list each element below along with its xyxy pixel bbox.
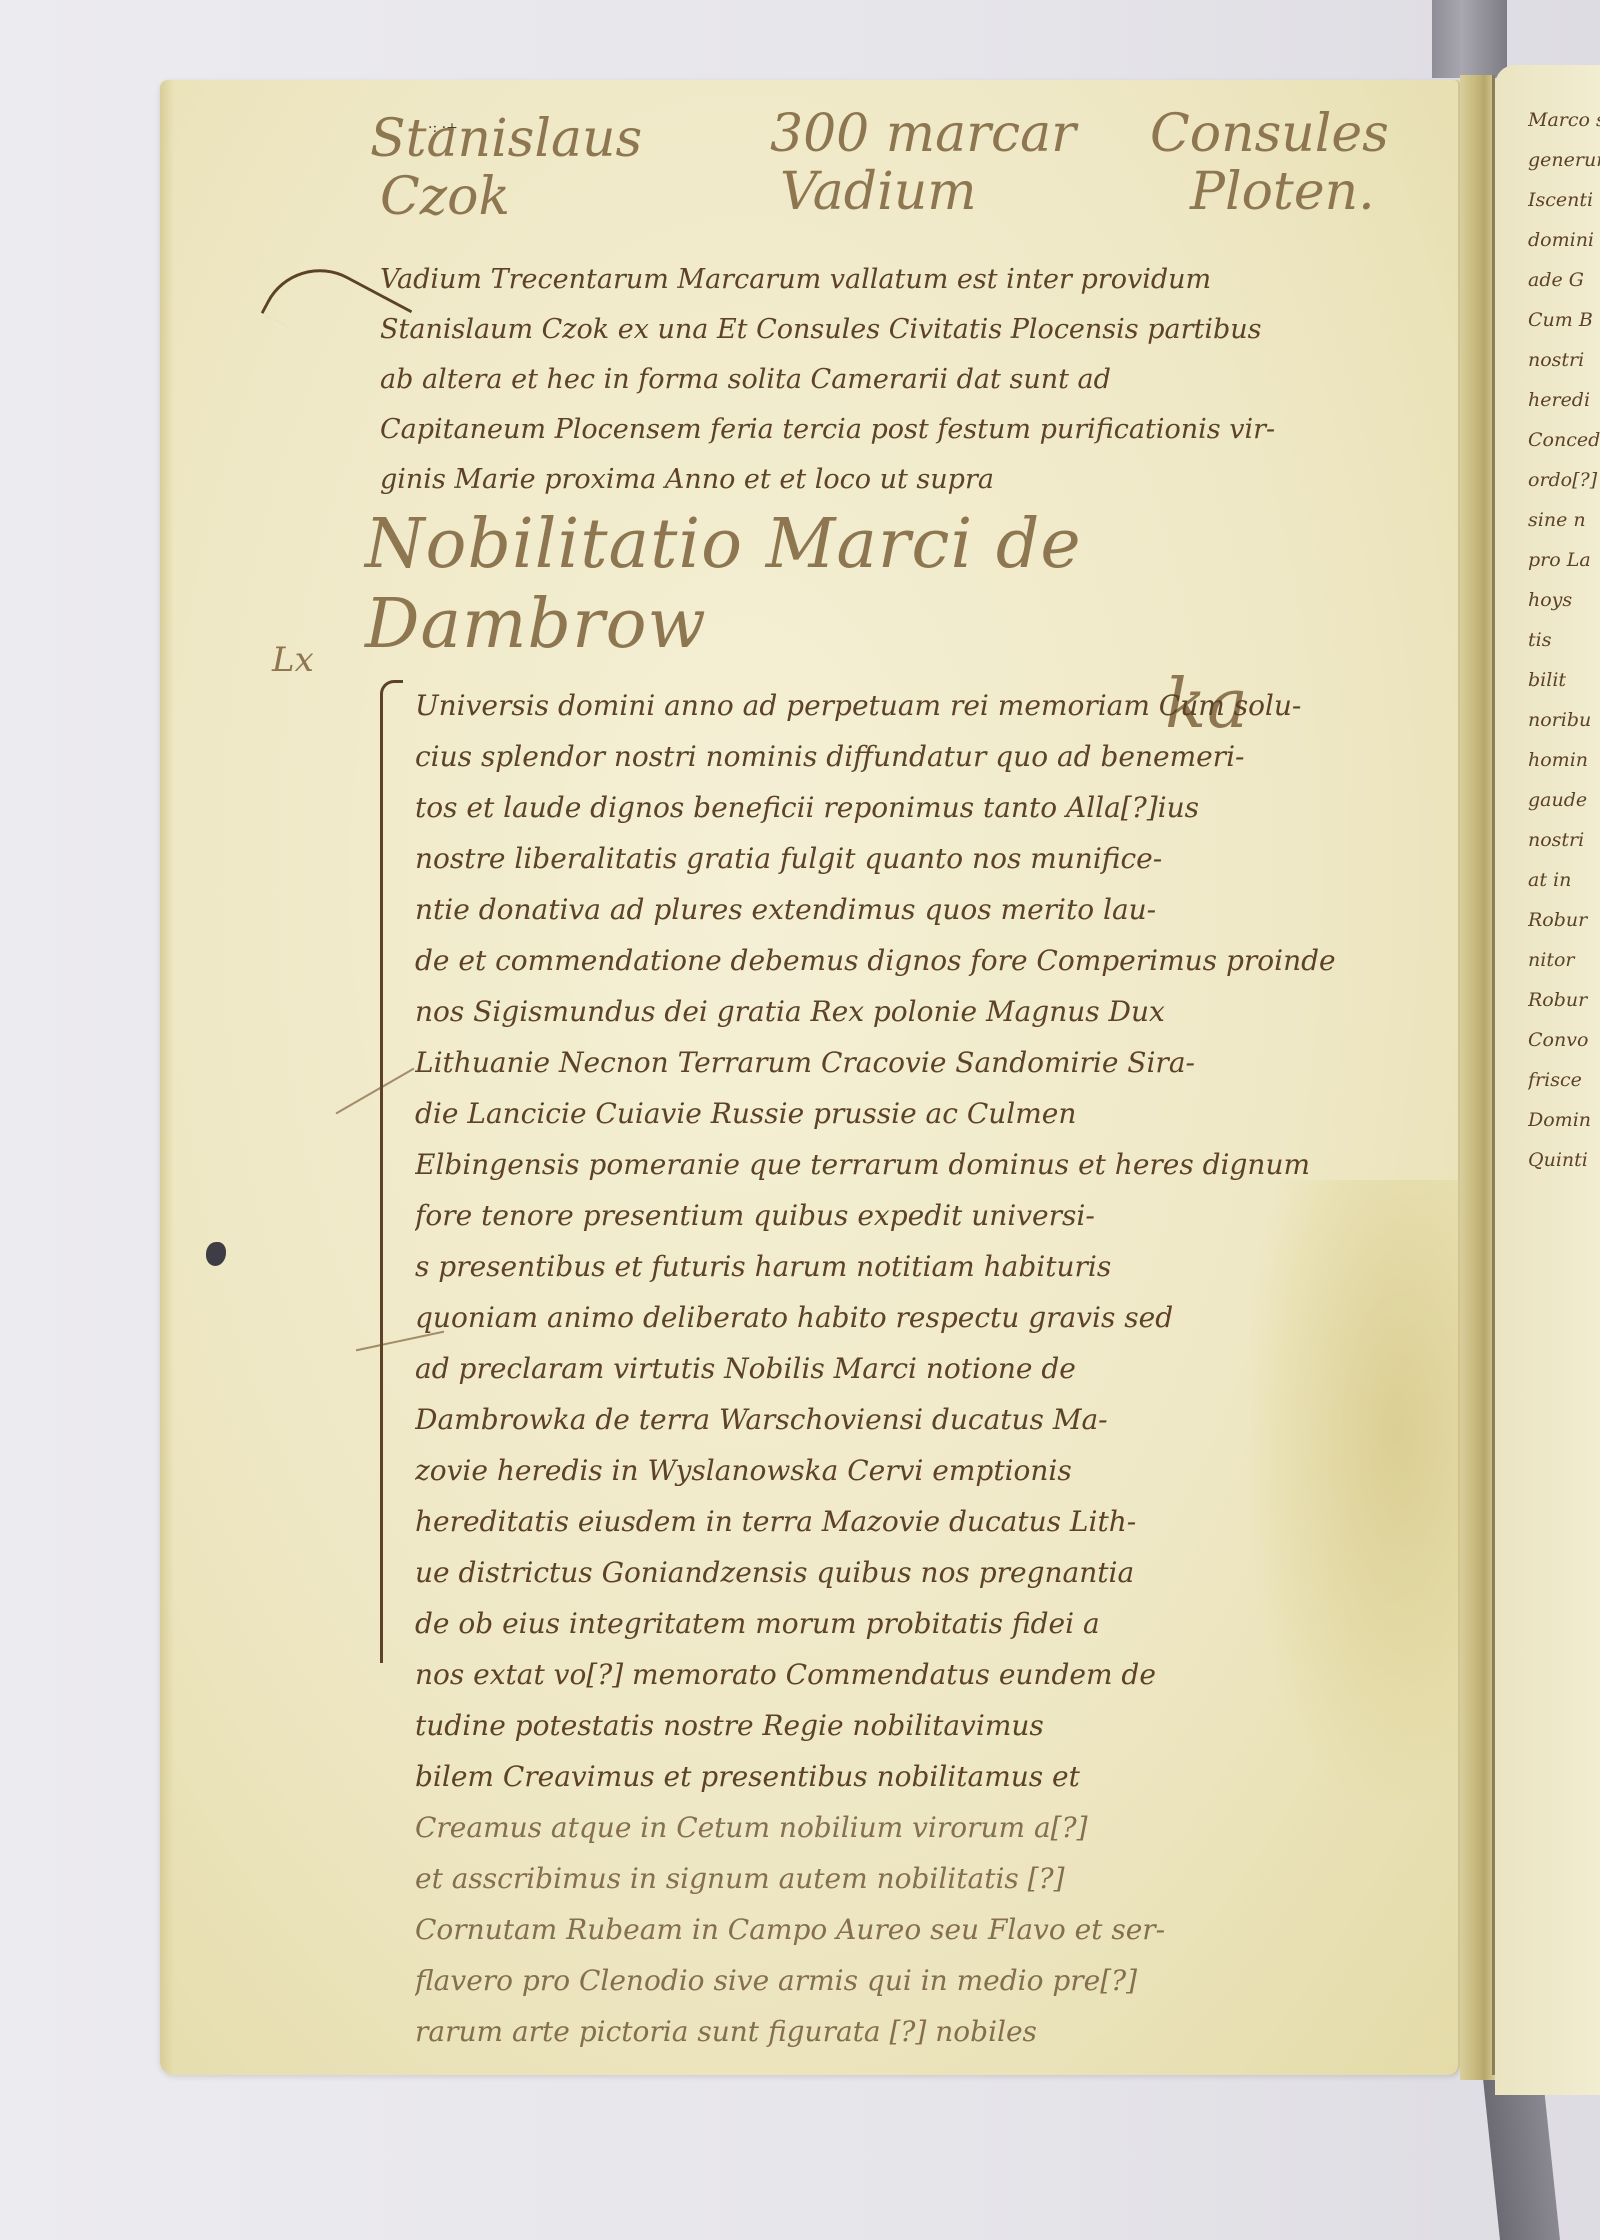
facing-page-line: pro La (1528, 540, 1600, 580)
body-line: cius splendor nostri nominis diffundatur… (415, 731, 1415, 782)
facing-page-line: Cum B (1528, 300, 1600, 340)
body-line: ad preclaram virtutis Nobilis Marci noti… (415, 1343, 1415, 1394)
book-cradle-top (1432, 0, 1507, 78)
margin-annotation: Lx (272, 640, 314, 680)
header-party-name: Stanislaus Czok (370, 110, 642, 226)
facing-page-line: ade G (1528, 260, 1600, 300)
body-line: tos et laude dignos beneficii reponimus … (415, 782, 1415, 833)
facing-page-line: bilit (1528, 660, 1600, 700)
body-line: quoniam animo deliberato habito respectu… (415, 1292, 1415, 1343)
facing-page-line: heredi (1528, 380, 1600, 420)
facing-page-line: Robur (1528, 980, 1600, 1020)
facing-page-text: Marco stgenerumIscentidominiade GCum Bno… (1528, 100, 1600, 1180)
facing-page-line: hoys (1528, 580, 1600, 620)
body-line: nostre liberalitatis gratia fulgit quant… (415, 833, 1415, 884)
facing-page-line: at in (1528, 860, 1600, 900)
facing-page-line: nostri (1528, 820, 1600, 860)
facing-page-line: generum (1528, 140, 1600, 180)
body-line: zovie heredis in Wyslanowska Cervi empti… (415, 1445, 1415, 1496)
facing-page-line: Conced (1528, 420, 1600, 460)
body-line: bilem Creavimus et presentibus nobilitam… (415, 1751, 1415, 1802)
entry-line: Stanislaum Czok ex una Et Consules Civit… (380, 305, 1400, 355)
body-line: Universis domini anno ad perpetuam rei m… (415, 680, 1415, 731)
body-line: rarum arte pictoria sunt figurata [?] no… (415, 2006, 1415, 2057)
entry-line: ginis Marie proxima Anno et et loco ut s… (380, 455, 1400, 505)
body-line: s presentibus et futuris harum notitiam … (415, 1241, 1415, 1292)
text-bracket (380, 680, 403, 1663)
title-line-1: Nobilitatio Marci de Dambrow (365, 505, 1415, 665)
body-line: de et commendatione debemus dignos fore … (415, 935, 1415, 986)
facing-page-line: nitor (1528, 940, 1600, 980)
body-line: de ob eius integritatem morum probitatis… (415, 1598, 1415, 1649)
facing-page-line: Robur (1528, 900, 1600, 940)
entry-line: ab altera et hec in forma solita Camerar… (380, 355, 1400, 405)
charter-body: Universis domini anno ad perpetuam rei m… (415, 680, 1415, 2057)
body-line: die Lancicie Cuiavie Russie prussie ac C… (415, 1088, 1415, 1139)
body-line: hereditatis eiusdem in terra Mazovie duc… (415, 1496, 1415, 1547)
gutter-crease (1492, 75, 1495, 2075)
facing-page-line: domini (1528, 220, 1600, 260)
facing-page-line: Quinti (1528, 1140, 1600, 1180)
body-line: Lithuanie Necnon Terrarum Cracovie Sando… (415, 1037, 1415, 1088)
gutter (1460, 75, 1495, 2080)
body-line: ntie donativa ad plures extendimus quos … (415, 884, 1415, 935)
body-line: nos extat vo[?] memorato Commendatus eun… (415, 1649, 1415, 1700)
header-amount: 300 marcar Vadium (770, 105, 1076, 221)
facing-page-line: Iscenti (1528, 180, 1600, 220)
body-line: fore tenore presentium quibus expedit un… (415, 1190, 1415, 1241)
header-counterparty: Consules Ploten. (1150, 105, 1389, 221)
facing-page-line: frisce (1528, 1060, 1600, 1100)
facing-page-line: nostri (1528, 340, 1600, 380)
entry-line: Capitaneum Plocensem feria tercia post f… (380, 405, 1400, 455)
body-line: ue districtus Goniandzensis quibus nos p… (415, 1547, 1415, 1598)
body-line: Creamus atque in Cetum nobilium virorum … (415, 1802, 1415, 1853)
facing-page-line: ordo[?] (1528, 460, 1600, 500)
facing-page-line: noribu (1528, 700, 1600, 740)
body-line: et asscribimus in signum autem nobilitat… (415, 1853, 1415, 1904)
body-line: tudine potestatis nostre Regie nobilitav… (415, 1700, 1415, 1751)
facing-page-line: Convo (1528, 1020, 1600, 1060)
body-line: flavero pro Clenodio sive armis qui in m… (415, 1955, 1415, 2006)
entry-line: Vadium Trecentarum Marcarum vallatum est… (380, 255, 1400, 305)
body-line: Cornutam Rubeam in Campo Aureo seu Flavo… (415, 1904, 1415, 1955)
entry-header: Stanislaus Czok 300 marcar Vadium Consul… (370, 110, 1430, 260)
facing-page-line: sine n (1528, 500, 1600, 540)
facing-page-line: gaude (1528, 780, 1600, 820)
facing-page-line: Marco st (1528, 100, 1600, 140)
body-line: Elbingensis pomeranie que terrarum domin… (415, 1139, 1415, 1190)
facing-page-line: tis (1528, 620, 1600, 660)
facing-page-line: homin (1528, 740, 1600, 780)
facing-page-line: Domin (1528, 1100, 1600, 1140)
body-line: nos Sigismundus dei gratia Rex polonie M… (415, 986, 1415, 1037)
body-line: Dambrowka de terra Warschoviensi ducatus… (415, 1394, 1415, 1445)
vadium-entry: Vadium Trecentarum Marcarum vallatum est… (380, 255, 1400, 505)
